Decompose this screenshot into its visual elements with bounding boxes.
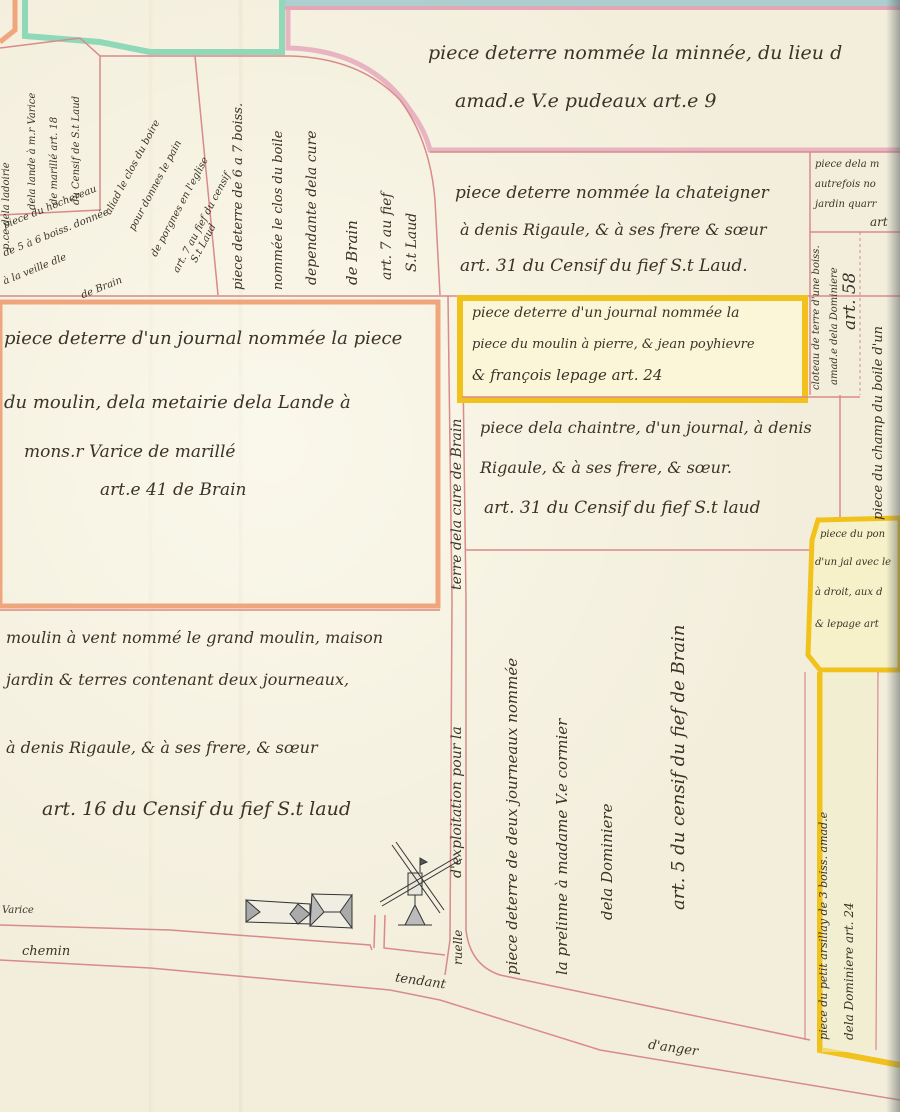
parcel-chateigner-line1: piece deterre nommée la chateigner [455,185,769,202]
parcel-chaintre-line3: art. 31 du Censif du fief S.t laud [484,500,760,517]
parcel-deux-journeaux-line4: art. 5 du censif du fief de Brain [670,625,688,910]
parcel-clos-du-boile-line5: art. 7 au fief [380,192,394,280]
parcel-cloteau-line2: amad.e dela Dominiere [830,267,840,385]
parcel-moulin-a-pierre-line3: & françois lepage art. 24 [472,368,662,383]
cadastral-map: piece deterre nommée la minnée, du lieu … [0,0,900,1112]
parcel-piece-du-pont-line4: & lepage art [815,620,879,630]
parcel-clos-du-boile-line4: de Brain [345,220,360,285]
parcel-landoirie-line2: dela lande à m.r Varice [28,93,38,210]
parcel-grand-moulin-line2: jardin & terres contenant deux journeaux… [6,672,349,688]
parcel-grand-moulin-line1: moulin à vent nommé le grand moulin, mai… [6,630,383,646]
parcel-piece-du-pont-line1: piece du pon [820,530,885,540]
parcel-cloteau-line3: art. 58 [842,272,859,330]
parcel-piece-du-pont-line3: à droit, aux d [815,588,883,598]
parcel-cloteau-line1: cloteau de terre d'une boiss. [812,245,822,390]
parcel-grand-moulin-line4: art. 16 du Censif du fief S.t laud [42,800,351,819]
parcel-chaintre-line1: piece dela chaintre, d'un journal, à den… [480,420,812,436]
parcel-moulin-a-pierre-line2: piece du moulin à pierre, & jean poyhiev… [472,338,755,351]
parcel-jardin-quarre-line2: autrefois no [815,180,876,190]
parcel-petit-arsillay-line1: piece du petit arsillay de 3 boiss. amad… [818,812,829,1040]
fragment-label: Varice [2,906,34,916]
parcel-piece-du-moulin-line2: du moulin, dela metairie dela Lande à [4,394,351,412]
road-label-terre-cure: terre dela cure de Brain [450,419,464,590]
parcel-jardin-quarre-line3: jardin quarr [815,200,876,210]
parcel-deux-journeaux-line3: dela Dominiere [600,804,615,920]
parcel-deux-journeaux-line2: la prelinne à madame V.e cormier [555,719,570,975]
road-label-exploitation: d'exploitation pour la [450,726,464,878]
parcel-minnee-line1: piece deterre nommée la minnée, du lieu … [428,44,842,63]
parcel-deux-journeaux-line1: piece deterre de deux journeaux nommée [505,658,520,975]
parcel-clos-du-boile-line2: nommée le clos du boile [272,131,285,290]
parcel-minnee-line2: amad.e V.e pudeaux art.e 9 [455,92,716,111]
road-label-chemin: chemin [22,945,70,958]
parcel-piece-du-moulin-line3: mons.r Varice de marillé [24,444,235,461]
parcel-clos-du-boile-line6: S.t Laud [405,213,419,272]
parcel-clos-du-boile-line1: piece deterre de 6 a 7 boiss. [232,103,245,290]
parcel-champ-line1: piece du champ du boile d'un [872,326,885,520]
parcel-chateigner-line2: à denis Rigaule, & à ses frere & sœur [460,222,767,238]
parcel-jardin-quarre-line1: piece dela m [815,160,879,170]
parcel-chaintre-line2: Rigaule, & à ses frere, & sœur. [480,460,732,476]
parcel-grand-moulin-line3: à denis Rigaule, & à ses frere, & sœur [6,740,318,756]
road-label-ruelle: ruelle [452,930,464,965]
parcel-clos-du-boile-line3: dependante dela cure [305,130,319,285]
parcel-petit-arsillay-line2: dela Dominiere art. 24 [843,902,855,1040]
parcel-landoirie-line3: de marillé art. 18 [50,117,60,205]
parcel-piece-du-moulin-line1: piece deterre d'un journal nommée la pie… [4,330,402,348]
mill-house-icon [246,894,352,928]
parcel-landoirie-line1: p.ce dela ladoirie [2,162,12,250]
parcel-piece-du-pont-line2: d'un jal avec le [815,558,891,568]
parcel-moulin-a-pierre-line1: piece deterre d'un journal nommée la [472,306,739,320]
scan-edge-shadow [886,0,900,1112]
parcel-piece-du-moulin-line4: art.e 41 de Brain [100,482,246,499]
parcel-chateigner-line3: art. 31 du Censif du fief S.t Laud. [460,258,748,275]
